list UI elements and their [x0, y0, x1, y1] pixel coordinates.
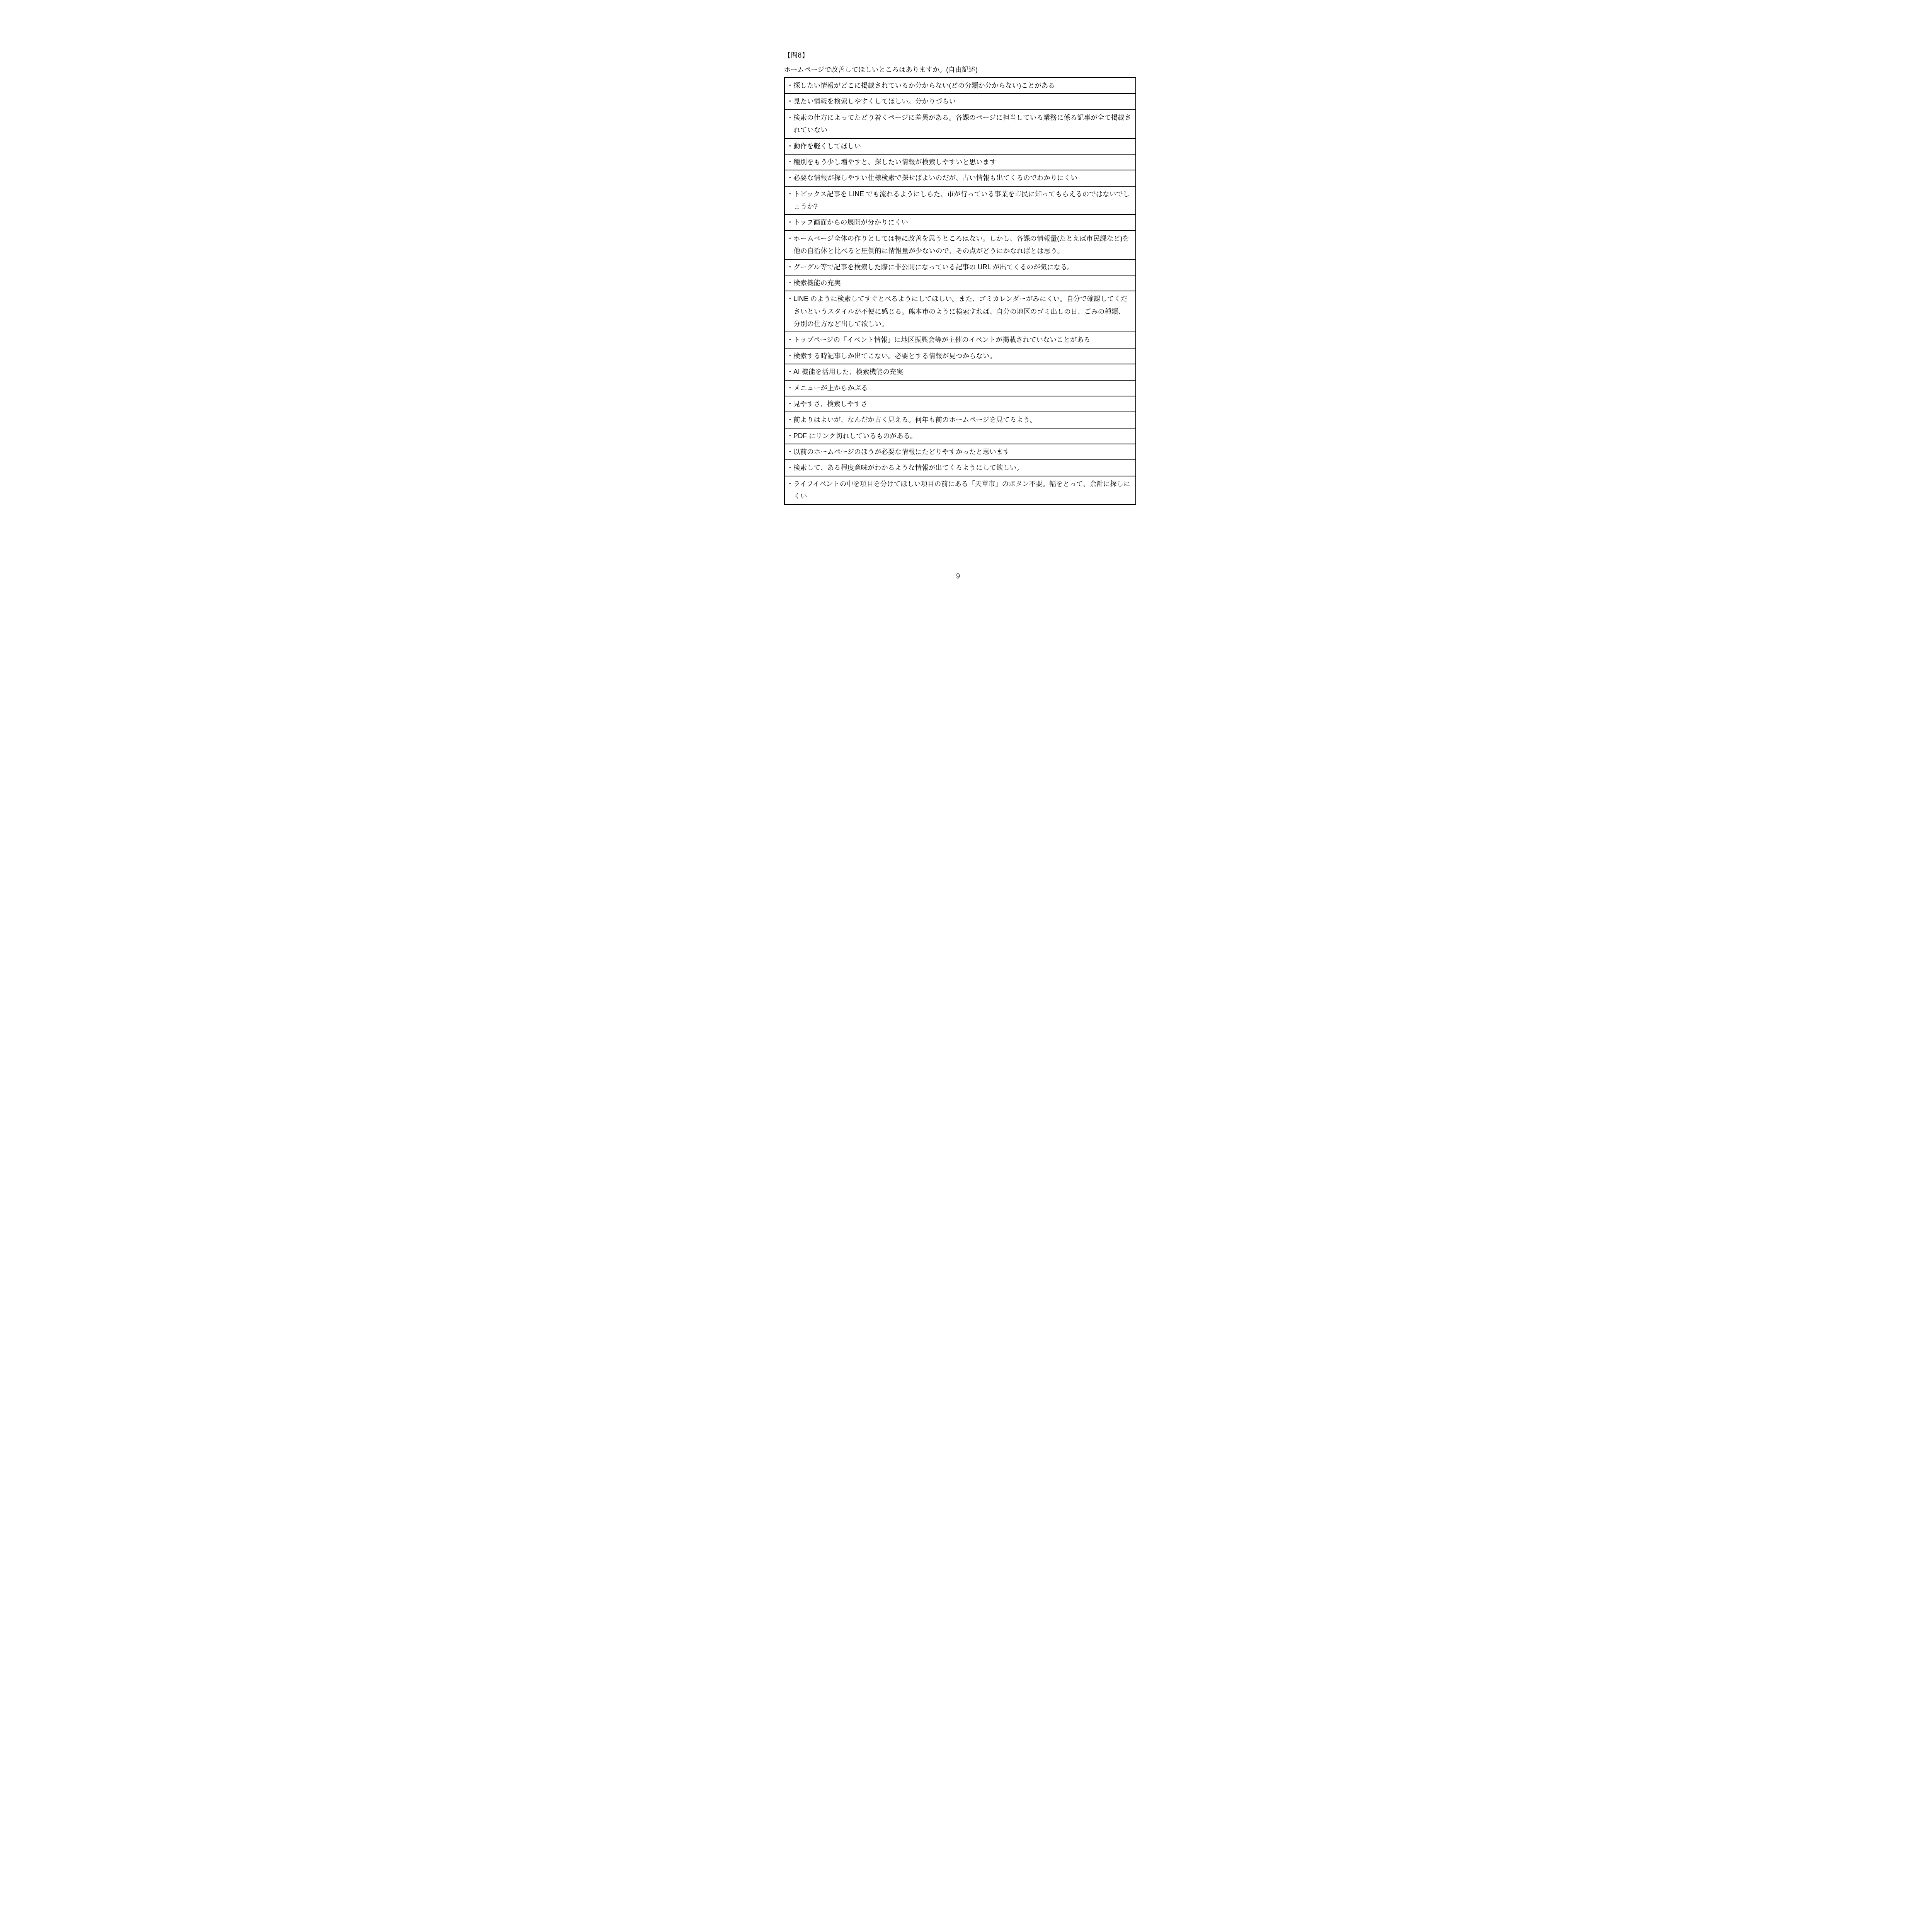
- response-text: ・トップページの「イベント情報」に地区振興会等が主催のイベントが掲載されていない…: [787, 333, 1132, 346]
- response-row: ・見やすさ、検索しやすさ: [785, 396, 1135, 412]
- response-text: ・検索して、ある程度意味がわかるような情報が出てくるようにして欲しい。: [787, 461, 1132, 474]
- response-text: ・以前のホームページのほうが必要な情報にたどりやすかったと思います: [787, 446, 1132, 458]
- response-text: ・AI 機能を活用した、検索機能の充実: [787, 366, 1132, 378]
- question-number-heading: 【問8】: [784, 51, 1136, 60]
- response-row: ・トピックス記事を LINE でも流れるようにしらた、市が行っている事業を市民に…: [785, 186, 1135, 214]
- response-text: ・検索機能の充実: [787, 277, 1132, 289]
- response-row: ・ホームページ全体の作りとしては特に改善を思うところはない。しかし、各課の情報量…: [785, 230, 1135, 259]
- response-row: ・検索の仕方によってたどり着くページに差異がある。各課のページに担当している業務…: [785, 109, 1135, 138]
- response-row: ・AI 機能を活用した、検索機能の充実: [785, 364, 1135, 379]
- responses-table: ・探したい情報がどこに掲載されているか分からない(どの分類か分からない)ことがあ…: [784, 77, 1136, 505]
- question-text: ホームページで改善してほしいところはありますか。(自由記述): [784, 65, 1136, 75]
- response-row: ・検索する時記事しか出てこない。必要とする情報が見つからない。: [785, 348, 1135, 364]
- document-page: 【問8】 ホームページで改善してほしいところはありますか。(自由記述) ・探した…: [745, 0, 1171, 602]
- response-row: ・以前のホームページのほうが必要な情報にたどりやすかったと思います: [785, 444, 1135, 459]
- response-row: ・必要な情報が探しやすい仕様検索で探せばよいのだが、古い情報も出てくるのでわかり…: [785, 170, 1135, 185]
- response-text: ・ライフイベントの中を項目を分けてほしい項目の前にある「天草市」のボタン不要。幅…: [787, 478, 1132, 503]
- response-row: ・メニューが上からかぶる: [785, 380, 1135, 396]
- response-text: ・種別をもう少し増やすと、探したい情報が検索しやすいと思います: [787, 156, 1132, 168]
- response-row: ・PDF にリンク切れしているものがある。: [785, 428, 1135, 444]
- response-row: ・検索して、ある程度意味がわかるような情報が出てくるようにして欲しい。: [785, 459, 1135, 475]
- response-text: ・LINE のように検索してすぐとべるようにしてほしい。また、ゴミカレンダーがみ…: [787, 293, 1132, 330]
- response-text: ・検索の仕方によってたどり着くページに差異がある。各課のページに担当している業務…: [787, 111, 1132, 136]
- response-row: ・前よりはよいが、なんだか古く見える。何年も前のホームページを見てるよう。: [785, 412, 1135, 427]
- response-text: ・トピックス記事を LINE でも流れるようにしらた、市が行っている事業を市民に…: [787, 188, 1132, 213]
- response-row: ・種別をもう少し増やすと、探したい情報が検索しやすいと思います: [785, 154, 1135, 170]
- response-row: ・探したい情報がどこに掲載されているか分からない(どの分類か分からない)ことがあ…: [785, 78, 1135, 93]
- response-text: ・グーグル等で記事を検索した際に非公開になっている記事の URL が出てくるのが…: [787, 261, 1132, 273]
- page-content: 【問8】 ホームページで改善してほしいところはありますか。(自由記述) ・探した…: [784, 51, 1136, 505]
- response-text: ・見やすさ、検索しやすさ: [787, 398, 1132, 410]
- response-row: ・トップページの「イベント情報」に地区振興会等が主催のイベントが掲載されていない…: [785, 332, 1135, 347]
- response-row: ・検索機能の充実: [785, 275, 1135, 291]
- response-row: ・グーグル等で記事を検索した際に非公開になっている記事の URL が出てくるのが…: [785, 259, 1135, 275]
- response-text: ・必要な情報が探しやすい仕様検索で探せばよいのだが、古い情報も出てくるのでわかり…: [787, 172, 1132, 184]
- response-text: ・前よりはよいが、なんだか古く見える。何年も前のホームページを見てるよう。: [787, 413, 1132, 426]
- response-text: ・メニューが上からかぶる: [787, 382, 1132, 394]
- response-text: ・トップ画面からの展開が分かりにくい: [787, 216, 1132, 228]
- response-text: ・PDF にリンク切れしているものがある。: [787, 430, 1132, 442]
- response-text: ・ホームページ全体の作りとしては特に改善を思うところはない。しかし、各課の情報量…: [787, 232, 1132, 257]
- response-text: ・検索する時記事しか出てこない。必要とする情報が見つからない。: [787, 350, 1132, 362]
- response-row: ・見たい情報を検索しやすくしてほしい。分かりづらい: [785, 93, 1135, 109]
- page-number: 9: [745, 572, 1171, 580]
- response-row: ・動作を軽くしてほしい: [785, 138, 1135, 154]
- response-text: ・見たい情報を検索しやすくしてほしい。分かりづらい: [787, 95, 1132, 107]
- response-row: ・ライフイベントの中を項目を分けてほしい項目の前にある「天草市」のボタン不要。幅…: [785, 476, 1135, 504]
- response-text: ・探したい情報がどこに掲載されているか分からない(どの分類か分からない)ことがあ…: [787, 79, 1132, 92]
- response-text: ・動作を軽くしてほしい: [787, 140, 1132, 152]
- response-row: ・LINE のように検索してすぐとべるようにしてほしい。また、ゴミカレンダーがみ…: [785, 291, 1135, 332]
- response-row: ・トップ画面からの展開が分かりにくい: [785, 214, 1135, 230]
